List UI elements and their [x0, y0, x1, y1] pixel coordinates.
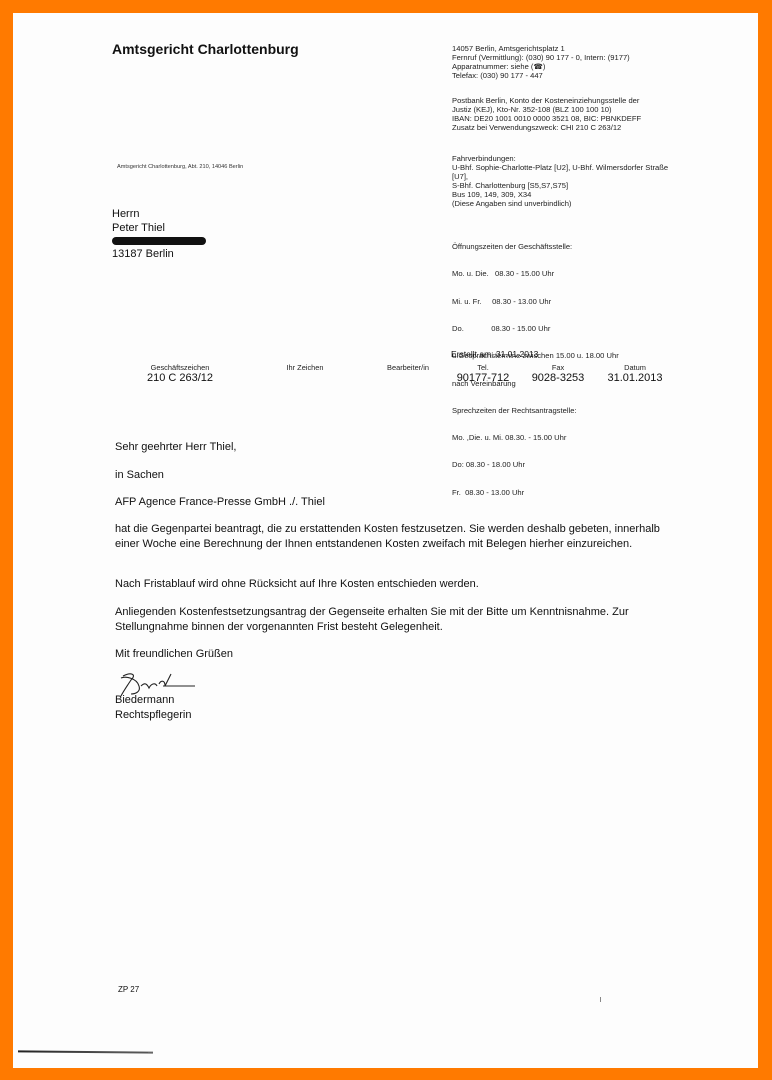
redacted-street: [112, 237, 206, 245]
ref-col-tel: Tel. 90177-712: [448, 363, 518, 384]
ref-label: Geschäftszeichen: [135, 363, 225, 372]
transit-line: [U7],: [452, 172, 668, 181]
transit-line: U-Bhf. Sophie-Charlotte-Platz [U2], U-Bh…: [452, 163, 668, 172]
recipient-salutation: Herrn: [112, 208, 206, 222]
created-date: Erstellt am: 31.01.2013: [451, 349, 538, 359]
contact-line: Fernruf (Vermittlung): (030) 90 177 - 0,…: [452, 53, 630, 62]
ref-value: 9028-3253: [523, 372, 593, 384]
transit-line: S-Bhf. Charlottenburg [S5,S7,S75]: [452, 181, 668, 190]
recipient-address: Herrn Peter Thiel 13187 Berlin: [112, 208, 206, 262]
paragraph-2: Nach Fristablauf wird ohne Rücksicht auf…: [115, 577, 675, 592]
footer-code: ZP 27: [118, 985, 139, 994]
ref-label: Fax: [523, 363, 593, 372]
contact-line: Apparatnummer: siehe (☎): [452, 62, 630, 71]
ref-col-geschaeftszeichen: Geschäftszeichen 210 C 263/12: [135, 363, 225, 384]
hours-line: Do. 08.30 - 15.00 Uhr: [452, 324, 619, 333]
hours-line: Öffnungszeiten der Geschäftsstelle:: [452, 242, 619, 251]
recipient-city: 13187 Berlin: [112, 248, 206, 262]
in-sachen: in Sachen: [115, 468, 675, 483]
scan-mark: [600, 997, 601, 1002]
contact-block: 14057 Berlin, Amtsgerichtsplatz 1 Fernru…: [452, 44, 630, 80]
ref-label: Tel.: [448, 363, 518, 372]
ref-value: 210 C 263/12: [135, 372, 225, 384]
bank-line: Zusatz bei Verwendungszweck: CHI 210 C 2…: [452, 123, 641, 132]
contact-line: 14057 Berlin, Amtsgerichtsplatz 1: [452, 44, 630, 53]
signer-title: Rechtspflegerin: [115, 708, 191, 723]
bank-line: Postbank Berlin, Konto der Kosteneinzieh…: [452, 96, 641, 105]
paragraph-1: hat die Gegenpartei beantragt, die zu er…: [115, 522, 670, 552]
ref-col-fax: Fax 9028-3253: [523, 363, 593, 384]
letter-page: Amtsgericht Charlottenburg 14057 Berlin,…: [13, 13, 758, 1068]
signer-name: Biedermann: [115, 693, 191, 708]
hours-line: Sprechzeiten der Rechtsantragstelle:: [452, 406, 619, 415]
ref-col-datum: Datum 31.01.2013: [600, 363, 670, 384]
transit-line: Fahrverbindungen:: [452, 154, 668, 163]
transit-block: Fahrverbindungen: U-Bhf. Sophie-Charlott…: [452, 154, 668, 209]
ref-value: 90177-712: [448, 372, 518, 384]
bank-block: Postbank Berlin, Konto der Kosteneinzieh…: [452, 96, 641, 132]
case-title: AFP Agence France-Presse GmbH ./. Thiel: [115, 495, 675, 510]
ref-label: Bearbeiter/in: [368, 363, 448, 372]
ref-label: Datum: [600, 363, 670, 372]
court-name: Amtsgericht Charlottenburg: [112, 41, 299, 57]
ref-value: 31.01.2013: [600, 372, 670, 384]
paragraph-3: Anliegenden Kostenfestsetzungsantrag der…: [115, 605, 680, 635]
hours-line: Mo. u. Die. 08.30 - 15.00 Uhr: [452, 269, 619, 278]
bank-line: Justiz (KEJ), Kto-Nr. 352-108 (BLZ 100 1…: [452, 105, 641, 114]
sender-return-line: Amtsgericht Charlottenburg, Abt. 210, 14…: [117, 164, 243, 170]
hours-line: Mi. u. Fr. 08.30 - 13.00 Uhr: [452, 297, 619, 306]
scan-artifact-line: [118, 1052, 148, 1053]
greeting: Sehr geehrter Herr Thiel,: [115, 440, 675, 455]
transit-line: Bus 109, 149, 309, X34: [452, 190, 668, 199]
signature-block: Biedermann Rechtspflegerin: [115, 693, 191, 723]
ref-col-ihr-zeichen: Ihr Zeichen: [265, 363, 345, 372]
bank-line: IBAN: DE20 1001 0010 0000 3521 08, BIC: …: [452, 114, 641, 123]
ref-col-bearbeiter: Bearbeiter/in: [368, 363, 448, 372]
ref-label: Ihr Zeichen: [265, 363, 345, 372]
closing: Mit freundlichen Grüßen: [115, 647, 675, 662]
contact-line: Telefax: (030) 90 177 - 447: [452, 71, 630, 80]
transit-line: (Diese Angaben sind unverbindlich): [452, 199, 668, 208]
recipient-name: Peter Thiel: [112, 222, 206, 236]
